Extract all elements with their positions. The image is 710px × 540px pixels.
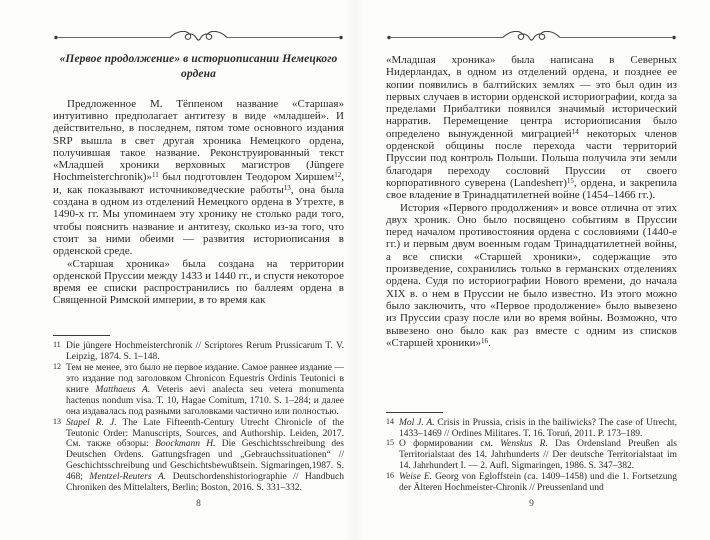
footnote-number: 15 — [386, 438, 399, 449]
footnote: 12Тем не менее, это было не первое издан… — [53, 363, 344, 418]
footnote-number: 16 — [386, 471, 399, 482]
footnote-block-right: 14Mol J. A. Crisis in Prussia, crisis in… — [386, 410, 677, 494]
paragraph: Предложенное М. Тёппеном название «Старш… — [53, 98, 344, 258]
ornament-flourish-icon — [53, 31, 344, 44]
chapter-heading: «Первое продолжение» в историописании Не… — [53, 52, 344, 82]
footnote: 16Weise E. Georg von Egloffstein (ca. 14… — [386, 472, 677, 494]
ornament-divider-icon — [386, 31, 677, 44]
footnote-number: 12 — [53, 362, 66, 373]
ornament-flourish-icon — [386, 31, 677, 44]
ornament-divider-icon — [53, 31, 344, 44]
footnote: 14Mol J. A. Crisis in Prussia, crisis in… — [386, 418, 677, 440]
paragraph: «Старшая хроника» была создана на террит… — [53, 258, 344, 307]
footnote: 13Stapel R. J. The Late Fifteenth-Centur… — [53, 418, 344, 494]
footnote: 11Die jüngere Hochmeisterchronik // Scri… — [53, 341, 344, 363]
book-spread: «Первое продолжение» в историописании Не… — [0, 0, 710, 540]
page-number-right: 9 — [386, 499, 677, 509]
page-gutter — [345, 0, 365, 540]
footnote-text: Mol J. A. Crisis in Prussia, crisis in t… — [399, 418, 677, 439]
footnote-text: О формировании см. Wenskus R. Das Ordens… — [399, 439, 677, 471]
footnote: 15О формировании см. Wenskus R. Das Orde… — [386, 439, 677, 472]
footnote-block-left: 11Die jüngere Hochmeisterchronik // Scri… — [53, 333, 344, 494]
paragraph: История «Первого продолжения» и вовсе от… — [386, 202, 677, 350]
footnote-rule — [53, 335, 110, 336]
paragraph: «Младшая хроника» была написана в Северн… — [386, 54, 677, 202]
page-right: «Младшая хроника» была написана в Северн… — [386, 0, 677, 494]
footnote-number: 11 — [53, 340, 66, 351]
footnote-number: 13 — [53, 417, 66, 428]
footnote-text: Weise E. Georg von Egloffstein (ca. 1409… — [399, 472, 677, 493]
page-left: «Первое продолжение» в историописании Не… — [53, 0, 344, 494]
footnote-text: Die jüngere Hochmeisterchronik // Script… — [66, 341, 344, 362]
body-text-right: «Младшая хроника» была написана в Северн… — [386, 54, 677, 349]
page-number-left: 8 — [53, 499, 344, 509]
footnote-rule — [386, 412, 443, 413]
footnote-text: Stapel R. J. The Late Fifteenth-Century … — [66, 418, 344, 493]
body-text-left: Предложенное М. Тёппеном название «Старш… — [53, 98, 344, 307]
footnote-number: 14 — [386, 417, 399, 428]
footnote-text: Тем не менее, это было не первое издание… — [66, 363, 344, 417]
